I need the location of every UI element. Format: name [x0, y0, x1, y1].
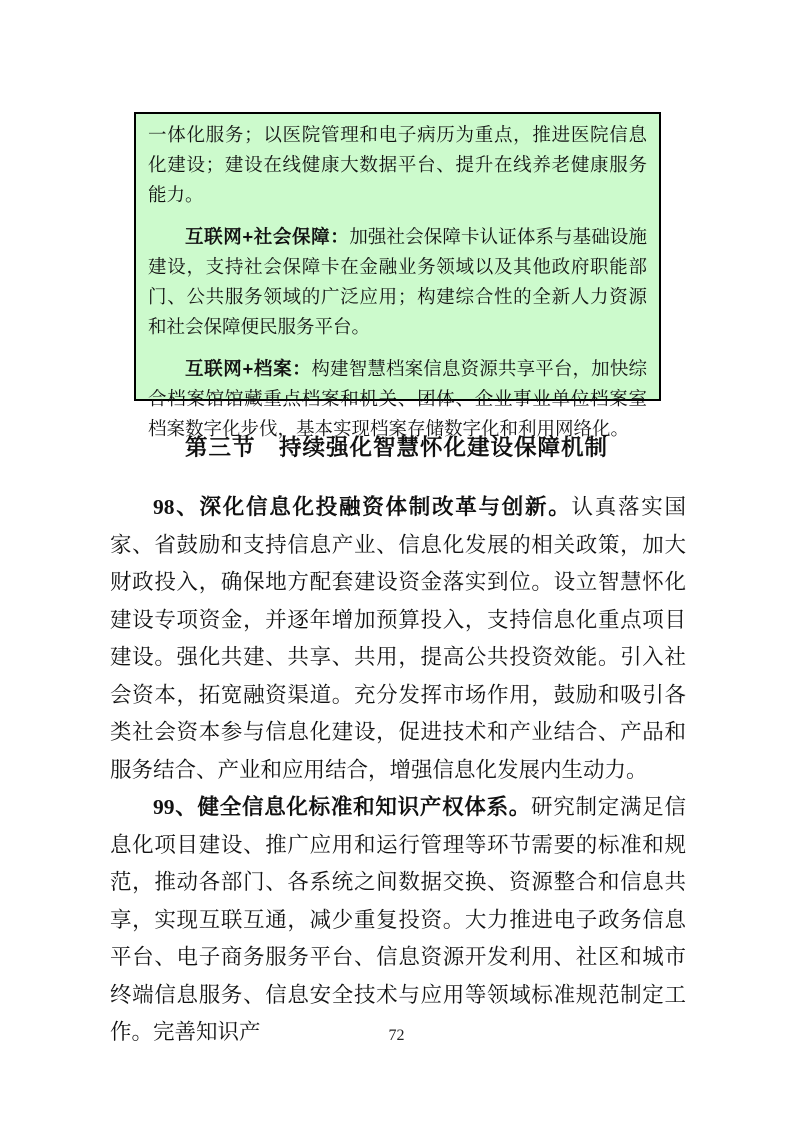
paragraph-text: 研究制定满足信息化项目建设、推广应用和运行管理等环节需要的标准和规范，推动各部门… [110, 795, 686, 1044]
body-paragraph-99: 99、健全信息化标准和知识产权体系。研究制定满足信息化项目建设、推广应用和运行管… [110, 789, 686, 1052]
paragraph-lead: 互联网+社会保障： [185, 226, 349, 247]
paragraph-lead: 99、健全信息化标准和知识产权体系。 [153, 795, 531, 819]
highlight-box: 一体化服务；以医院管理和电子病历为重点，推进医院信息化建设；建设在线健康大数据平… [134, 112, 661, 401]
section-heading: 第三节 持续强化智慧怀化建设保障机制 [0, 430, 793, 462]
document-page: 一体化服务；以医院管理和电子病历为重点，推进医院信息化建设；建设在线健康大数据平… [0, 0, 793, 1122]
body-text: 98、深化信息化投融资体制改革与创新。认真落实国家、省鼓励和支持信息产业、信息化… [110, 489, 686, 1052]
paragraph-text: 一体化服务；以医院管理和电子病历为重点，推进医院信息化建设；建设在线健康大数据平… [148, 126, 647, 206]
paragraph-lead: 互联网+档案： [185, 358, 311, 379]
box-paragraph-social-security: 互联网+社会保障：加强社会保障卡认证体系与基础设施建设，支持社会保障卡在金融业务… [148, 222, 647, 343]
body-paragraph-98: 98、深化信息化投融资体制改革与创新。认真落实国家、省鼓励和支持信息产业、信息化… [110, 489, 686, 789]
paragraph-lead: 98、深化信息化投融资体制改革与创新。 [153, 495, 571, 519]
paragraph-text: 认真落实国家、省鼓励和支持信息产业、信息化发展的相关政策，加大财政投入，确保地方… [110, 495, 686, 782]
box-paragraph-continuation: 一体化服务；以医院管理和电子病历为重点，推进医院信息化建设；建设在线健康大数据平… [148, 121, 647, 211]
page-number: 72 [0, 1027, 793, 1045]
